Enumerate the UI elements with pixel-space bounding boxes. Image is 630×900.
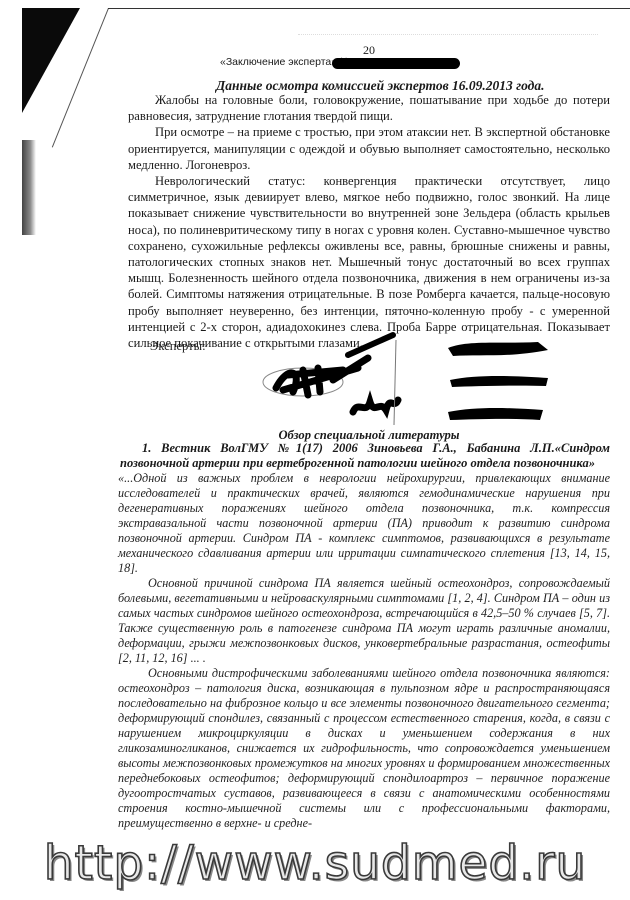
scan-top-edge (108, 8, 630, 9)
complaints-paragraph: Жалобы на головные боли, головокружение,… (128, 92, 610, 124)
site-watermark: http://www.sudmed.ru (10, 836, 620, 891)
quote-paragraph-2: Основной причиной синдрома ПА является ш… (118, 576, 610, 666)
redaction-bar (332, 58, 460, 69)
neurological-status-paragraph: Неврологический статус: конвергенция пра… (128, 173, 610, 351)
literature-quote: «...Одной из важных проблем в неврологии… (118, 471, 610, 831)
quote-paragraph-1: «...Одной из важных проблем в неврологии… (118, 471, 610, 576)
bleed-through-text (298, 34, 598, 43)
literature-reference: 1. Вестник ВолГМУ №1(17) 2006 Зиновьева … (120, 441, 610, 471)
redacted-signatures (248, 330, 608, 430)
reference-text: 1. Вестник ВолГМУ №1(17) 2006 Зиновьева … (120, 441, 610, 470)
examination-paragraph: При осмотре – на приеме с тростью, при э… (128, 124, 610, 173)
scan-edge-shadow-lower (22, 140, 36, 235)
quote-paragraph-3: Основными дистрофическими заболеваниями … (118, 666, 610, 831)
exam-section-body: Жалобы на головные боли, головокружение,… (128, 92, 610, 351)
experts-label: Эксперты: (150, 339, 206, 354)
page-number: 20 (128, 43, 610, 58)
